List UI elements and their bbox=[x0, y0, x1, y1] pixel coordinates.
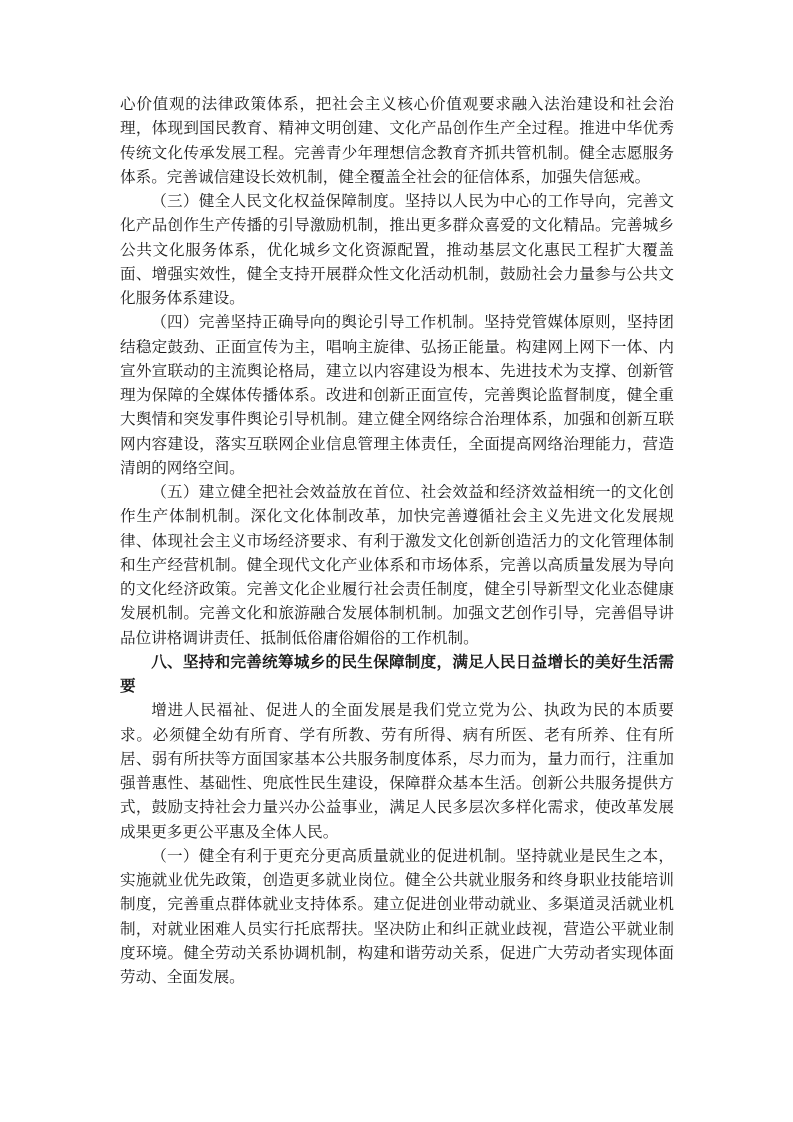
section-heading-livelihood: 八、坚持和完善统筹城乡的民生保障制度，满足人民日益增长的美好生活需要 bbox=[120, 650, 674, 699]
paragraph-cultural-production: （五）建立健全把社会效益放在首位、社会效益和经济效益相统一的文化创作生产体制机制… bbox=[120, 480, 674, 650]
document-page: 心价值观的法律政策体系，把社会主义核心价值观要求融入法治建设和社会治理，体现到国… bbox=[120, 92, 674, 989]
paragraph-core-values-continuation: 心价值观的法律政策体系，把社会主义核心价值观要求融入法治建设和社会治理，体现到国… bbox=[120, 92, 674, 189]
paragraph-cultural-rights: （三）健全人民文化权益保障制度。坚持以人民为中心的工作导向，完善文化产品创作生产… bbox=[120, 189, 674, 310]
paragraph-public-opinion: （四）完善坚持正确导向的舆论引导工作机制。坚持党管媒体原则，坚持团结稳定鼓劲、正… bbox=[120, 310, 674, 480]
paragraph-employment: （一）健全有利于更充分更高质量就业的促进机制。坚持就业是民生之本，实施就业优先政… bbox=[120, 844, 674, 990]
paragraph-livelihood-intro: 增进人民福祉、促进人的全面发展是我们党立党为公、执政为民的本质要求。必须健全幼有… bbox=[120, 698, 674, 844]
